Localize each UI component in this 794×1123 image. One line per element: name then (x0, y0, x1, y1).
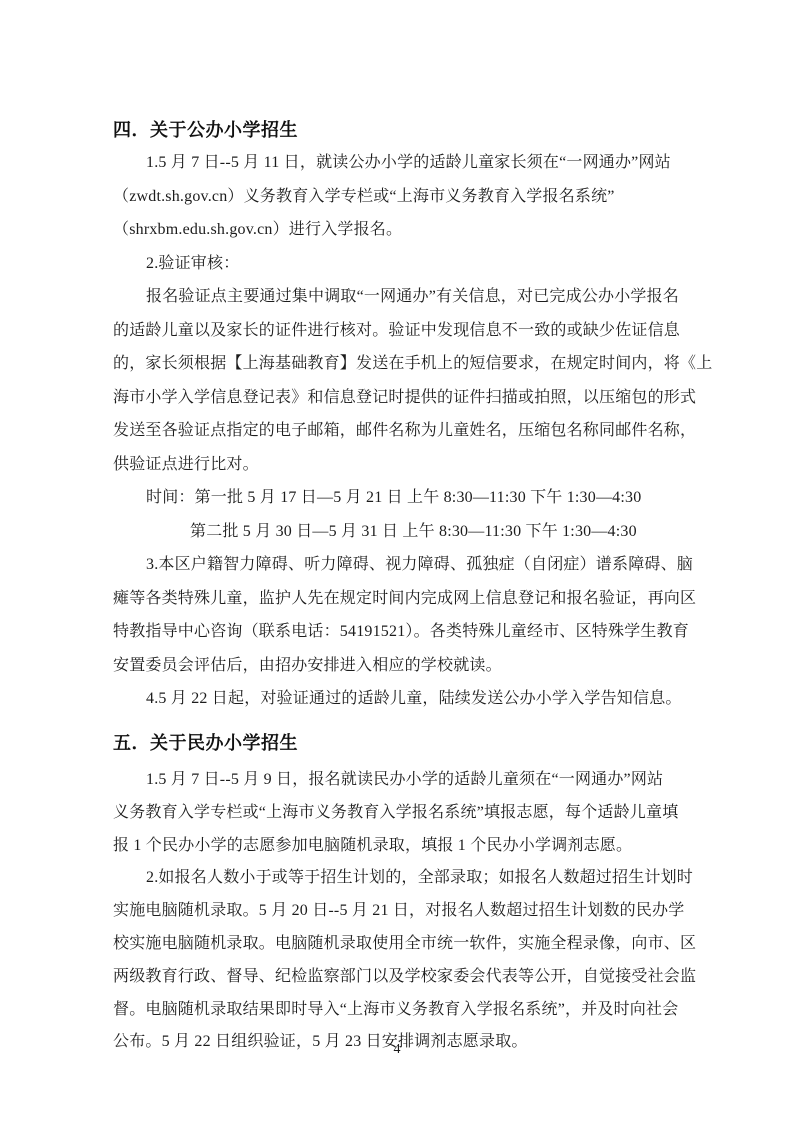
text-line: 供验证点进行比对。 (113, 453, 713, 476)
text-line: 发送至各验证点指定的电子邮箱，邮件名称为儿童姓名，压缩包名称同邮件名称， (113, 419, 713, 442)
text-line: 1.5 月 7 日--5 月 11 日，就读公办小学的适龄儿童家长须在“一网通办… (113, 151, 746, 174)
text-line: 督。电脑随机录取结果即时导入“上海市义务教育入学报名系统”，并及时向社会 (113, 998, 713, 1021)
text-line: 报 1 个民办小学的志愿参加电脑随机录取，填报 1 个民办小学调剂志愿。 (113, 834, 713, 857)
text-line: 1.5 月 7 日--5 月 9 日，报名就读民办小学的适龄儿童须在“一网通办”… (113, 768, 746, 791)
text-line: 2.如报名人数小于或等于招生计划的，全部录取；如报名人数超过招生计划时 (113, 866, 746, 889)
text-line: （zwdt.sh.gov.cn）义务教育入学专栏或“上海市义务教育入学报名系统” (113, 185, 713, 208)
section-heading-private-primary: 五．关于民办小学招生 (113, 731, 693, 755)
text-line: 4.5 月 22 日起，对验证通过的适龄儿童，陆续发送公办小学入学告知信息。 (113, 687, 746, 710)
text-line: 实施电脑随机录取。5 月 20 日--5 月 21 日，对报名人数超过招生计划数… (113, 899, 713, 922)
text-line: 的适龄儿童以及家长的证件进行核对。验证中发现信息不一致的或缺少佐证信息 (113, 319, 713, 342)
text-line: 海市小学入学信息登记表》和信息登记时提供的证件扫描或拍照，以压缩包的形式 (113, 386, 713, 409)
text-line: 瘫等各类特殊儿童，监护人先在规定时间内完成网上信息登记和报名验证，再向区 (113, 587, 713, 610)
text-line: 两级教育行政、督导、纪检监察部门以及学校家委会代表等公开，自觉接受社会监 (113, 965, 713, 988)
text-line: 的，家长须根据【上海基础教育】发送在手机上的短信要求，在规定时间内，将《上 (113, 352, 713, 375)
text-line: （shrxbm.edu.sh.gov.cn）进行入学报名。 (113, 218, 713, 241)
text-line: 报名验证点主要通过集中调取“一网通办”有关信息，对已完成公办小学报名 (113, 285, 746, 308)
text-line: 校实施电脑随机录取。电脑随机录取使用全市统一软件，实施全程录像，向市、区 (113, 932, 713, 955)
page-number: 4 (0, 1041, 794, 1059)
text-line: 时间：第一批 5 月 17 日—5 月 21 日 上午 8:30—11:30 下… (113, 486, 746, 509)
document-page: 四．关于公办小学招生 1.5 月 7 日--5 月 11 日，就读公办小学的适龄… (0, 0, 794, 1123)
text-line: 第二批 5 月 30 日—5 月 31 日 上午 8:30—11:30 下午 1… (113, 520, 790, 543)
text-line: 安置委员会评估后，由招办安排进入相应的学校就读。 (113, 654, 713, 677)
text-line: 义务教育入学专栏或“上海市义务教育入学报名系统”填报志愿，每个适龄儿童填 (113, 801, 713, 824)
text-line: 2.验证审核： (113, 252, 746, 275)
section-heading-public-primary: 四．关于公办小学招生 (113, 118, 693, 142)
text-line: 特教指导中心咨询（联系电话：54191521）。各类特殊儿童经市、区特殊学生教育 (113, 620, 713, 643)
text-line: 3.本区户籍智力障碍、听力障碍、视力障碍、孤独症（自闭症）谱系障碍、脑 (113, 553, 746, 576)
